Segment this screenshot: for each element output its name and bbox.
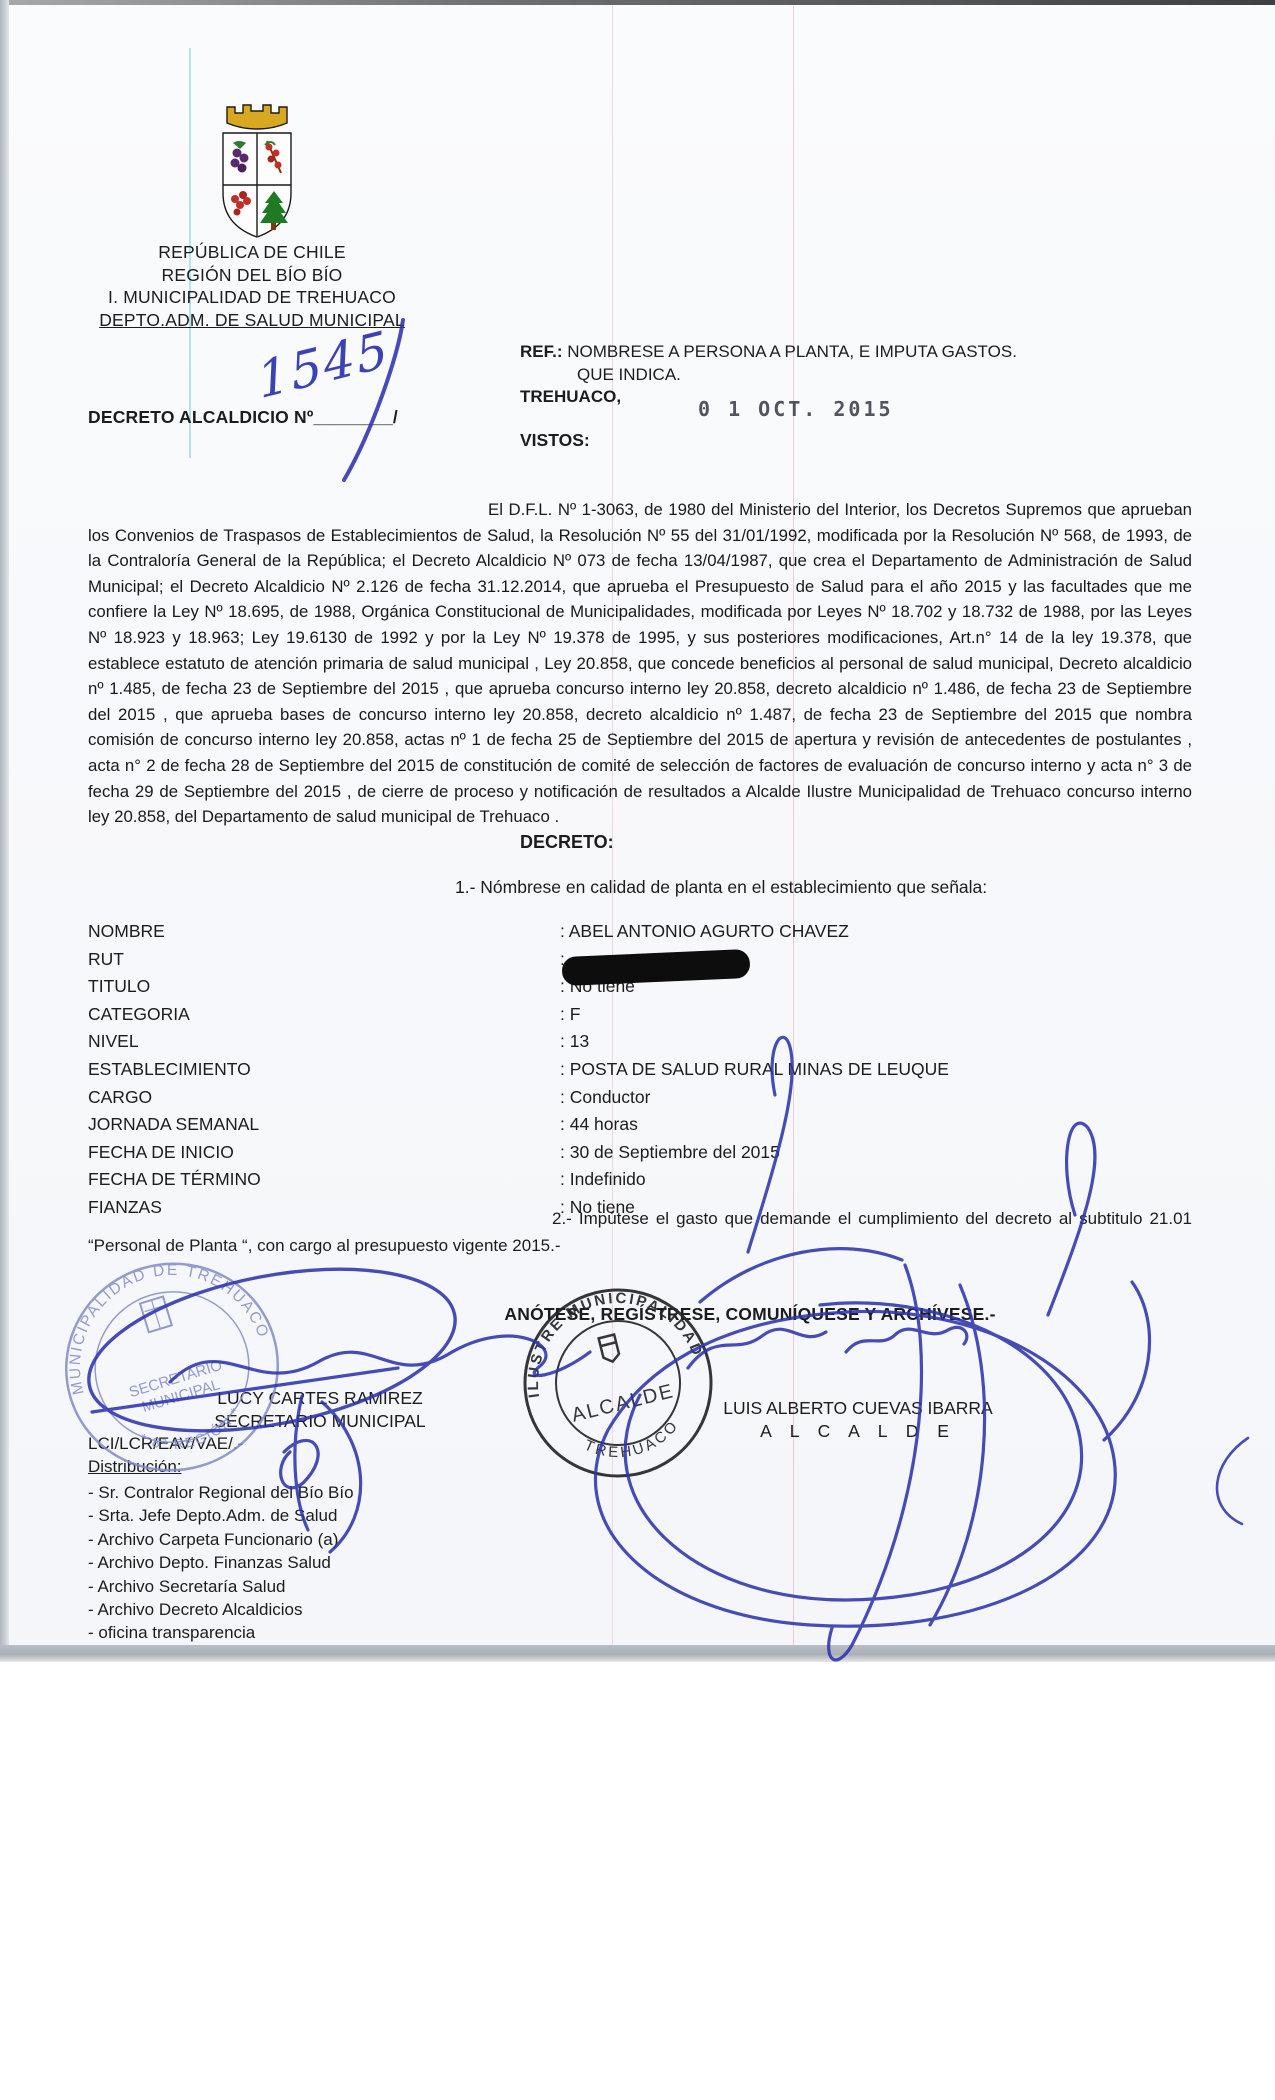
decreto-item-2: 2.- Impútese el gasto que demande el cum… — [88, 1205, 1192, 1259]
field-row-nivel: NIVEL: 13 — [88, 1031, 1188, 1059]
distribution-title: Distribución: — [88, 1457, 182, 1477]
field-label: NOMBRE — [88, 921, 560, 949]
decree-number-label: DECRETO ALCALDICIO Nº________/ — [88, 407, 398, 428]
distribution-list: - Sr. Contralor Regional del Bío Bío - S… — [88, 1481, 354, 1645]
field-row-jornada: JORNADA SEMANAL: 44 horas — [88, 1114, 1188, 1142]
field-label: RUT — [88, 949, 560, 977]
field-value: : Conductor — [560, 1087, 650, 1115]
distribution-item: - Archivo Decreto Alcaldicios — [88, 1598, 354, 1621]
field-value: : ABEL ANTONIO AGURTO CHAVEZ — [560, 921, 849, 949]
field-label: FECHA DE TÉRMINO — [88, 1169, 560, 1197]
field-value: : 13 — [560, 1031, 589, 1059]
letterhead-region: REGIÓN DEL BÍO BÍO — [52, 264, 452, 287]
field-label: FECHA DE INICIO — [88, 1142, 560, 1170]
field-row-fecha-inicio: FECHA DE INICIO: 30 de Septiembre del 20… — [88, 1142, 1188, 1170]
ref-label: REF.: — [520, 342, 563, 361]
distribution-item: - oficina transparencia — [88, 1621, 354, 1644]
letterhead: REPÚBLICA DE CHILE REGIÓN DEL BÍO BÍO I.… — [52, 241, 452, 331]
field-label: NIVEL — [88, 1031, 560, 1059]
field-row-establecimiento: ESTABLECIMIENTO: POSTA DE SALUD RURAL MI… — [88, 1059, 1188, 1087]
secretary-title: SECRETARIO MUNICIPAL — [150, 1410, 490, 1433]
field-label: JORNADA SEMANAL — [88, 1114, 560, 1142]
sheet-bottom-shadow — [0, 1645, 1275, 1662]
field-value: : F — [560, 1004, 580, 1032]
secretary-name: LUCY CARTES RAMIREZ — [150, 1387, 490, 1410]
distribution-item: - Archivo Carpeta Funcionario (a) — [88, 1528, 354, 1551]
field-row-fecha-termino: FECHA DE TÉRMINO: Indefinido — [88, 1169, 1188, 1197]
signature-block-mayor: LUIS ALBERTO CUEVAS IBARRA A L C A L D E — [688, 1397, 1028, 1443]
signature-block-secretary: LUCY CARTES RAMIREZ SECRETARIO MUNICIPAL — [150, 1387, 490, 1433]
scan-left-edge — [0, 0, 9, 1648]
ref-text: NOMBRESE A PERSONA A PLANTA, E IMPUTA GA… — [563, 342, 1017, 361]
distribution-item: - Archivo Depto. Finanzas Salud — [88, 1551, 354, 1574]
closing-formula: ANÓTESE, REGÍSTRESE, COMUNÍQUESE Y ARCHÍ… — [400, 1304, 1100, 1325]
drafting-initials: LCI/LCR/EAV/VAE/.- — [88, 1434, 243, 1454]
decreto-title: DECRETO: — [520, 832, 614, 853]
field-row-nombre: NOMBRE: ABEL ANTONIO AGURTO CHAVEZ — [88, 921, 1188, 949]
mayor-title: A L C A L D E — [688, 1420, 1028, 1443]
letterhead-country: REPÚBLICA DE CHILE — [52, 241, 452, 264]
vistos-paragraph: El D.F.L. Nº 1-3063, de 1980 del Ministe… — [88, 497, 1192, 830]
field-row-cargo: CARGO: Conductor — [88, 1087, 1188, 1115]
municipal-coat-of-arms-icon — [213, 95, 301, 245]
field-value: : POSTA DE SALUD RURAL MINAS DE LEUQUE — [560, 1059, 949, 1087]
ref-line-1: REF.: NOMBRESE A PERSONA A PLANTA, E IMP… — [520, 341, 1017, 364]
mayor-name: LUIS ALBERTO CUEVAS IBARRA — [688, 1397, 1028, 1420]
scanned-decree-page: REPÚBLICA DE CHILE REGIÓN DEL BÍO BÍO I.… — [0, 0, 1275, 2100]
field-value: : 44 horas — [560, 1114, 638, 1142]
field-label: CATEGORIA — [88, 1004, 560, 1032]
letterhead-municipality: I. MUNICIPALIDAD DE TREHUACO — [52, 286, 452, 309]
field-label: ESTABLECIMIENTO — [88, 1059, 560, 1087]
ref-line-2: QUE INDICA. — [577, 364, 1017, 387]
field-label: CARGO — [88, 1087, 560, 1115]
distribution-item: - Srta. Jefe Depto.Adm. de Salud — [88, 1504, 354, 1527]
distribution-item: - Archivo Secretaría Salud — [88, 1575, 354, 1598]
letterhead-department: DEPTO.ADM. DE SALUD MUNICIPAL — [52, 309, 452, 332]
date-stamp: 0 1 OCT. 2015 — [698, 397, 894, 421]
field-value: : 30 de Septiembre del 2015 — [560, 1142, 780, 1170]
field-row-categoria: CATEGORIA: F — [88, 1004, 1188, 1032]
scan-top-edge — [0, 0, 1275, 5]
field-value: : Indefinido — [560, 1169, 646, 1197]
decreto-item-1: 1.- Nómbrese en calidad de planta en el … — [455, 877, 987, 898]
distribution-item: - Sr. Contralor Regional del Bío Bío — [88, 1481, 354, 1504]
field-label: TITULO — [88, 976, 560, 1004]
vistos-label: VISTOS: — [520, 430, 590, 451]
